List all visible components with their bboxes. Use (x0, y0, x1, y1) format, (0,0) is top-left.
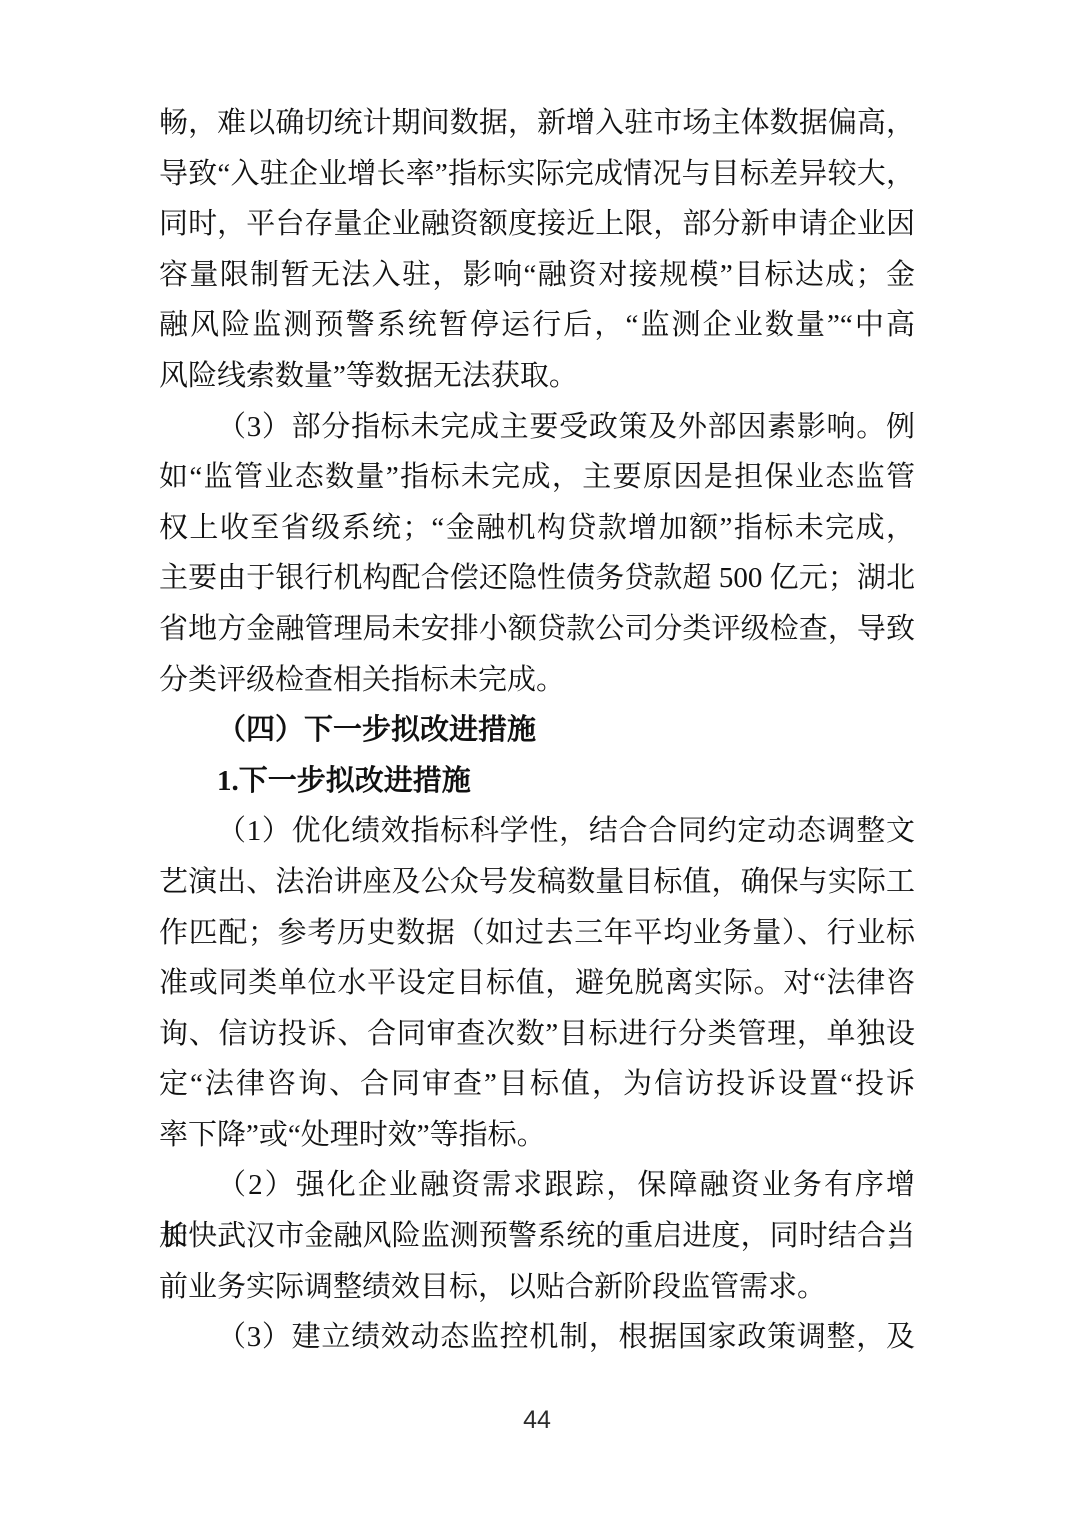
text-line: 作匹配；参考历史数据（如过去三年平均业务量）、行业标 (159, 908, 915, 959)
text-line: （1）优化绩效指标科学性，结合合同约定动态调整文 (159, 806, 915, 857)
text-line: 风险线索数量”等数据无法获取。 (159, 351, 915, 402)
text-line: 省地方金融管理局未安排小额贷款公司分类评级检查，导致 (159, 604, 915, 655)
text-line: 准或同类单位水平设定目标值，避免脱离实际。对“法律咨 (159, 958, 915, 1009)
text-line: 容量限制暂无法入驻，影响“融资对接规模”目标达成；金 (159, 250, 915, 301)
text-line: 权上收至省级系统；“金融机构贷款增加额”指标未完成， (159, 503, 915, 554)
document-body: 畅，难以确切统计期间数据，新增入驻市场主体数据偏高，导致“入驻企业增长率”指标实… (159, 98, 915, 1363)
text-line: 主要由于银行机构配合偿还隐性债务贷款超 500 亿元；湖北 (159, 553, 915, 604)
text-line: （3）建立绩效动态监控机制，根据国家政策调整，及 (159, 1312, 915, 1363)
text-line: 定“法律咨询、合同审查”目标值，为信访投诉设置“投诉 (159, 1059, 915, 1110)
text-line: 导致“入驻企业增长率”指标实际完成情况与目标差异较大， (159, 149, 915, 200)
text-line: 分类评级检查相关指标未完成。 (159, 655, 915, 706)
text-line: 艺演出、法治讲座及公众号发稿数量目标值，确保与实际工 (159, 857, 915, 908)
text-line: 加快武汉市金融风险监测预警系统的重启进度，同时结合当 (159, 1211, 915, 1262)
text-line: 融风险监测预警系统暂停运行后，“监测企业数量”“中高 (159, 300, 915, 351)
text-line: 询、信访投诉、合同审查次数”目标进行分类管理，单独设 (159, 1009, 915, 1060)
text-line: （3）部分指标未完成主要受政策及外部因素影响。例 (159, 402, 915, 453)
page-number: 44 (0, 1406, 1074, 1435)
text-line: （2）强化企业融资需求跟踪，保障融资业务有序增长； (159, 1160, 915, 1211)
text-line: （四）下一步拟改进措施 (159, 705, 915, 756)
text-line: 1.下一步拟改进措施 (159, 756, 915, 807)
document-page: 畅，难以确切统计期间数据，新增入驻市场主体数据偏高，导致“入驻企业增长率”指标实… (0, 0, 1074, 1520)
text-line: 同时，平台存量企业融资额度接近上限，部分新申请企业因 (159, 199, 915, 250)
text-line: 率下降”或“处理时效”等指标。 (159, 1110, 915, 1161)
text-line: 畅，难以确切统计期间数据，新增入驻市场主体数据偏高， (159, 98, 915, 149)
text-line: 如“监管业态数量”指标未完成，主要原因是担保业态监管 (159, 452, 915, 503)
text-line: 前业务实际调整绩效目标，以贴合新阶段监管需求。 (159, 1262, 915, 1313)
